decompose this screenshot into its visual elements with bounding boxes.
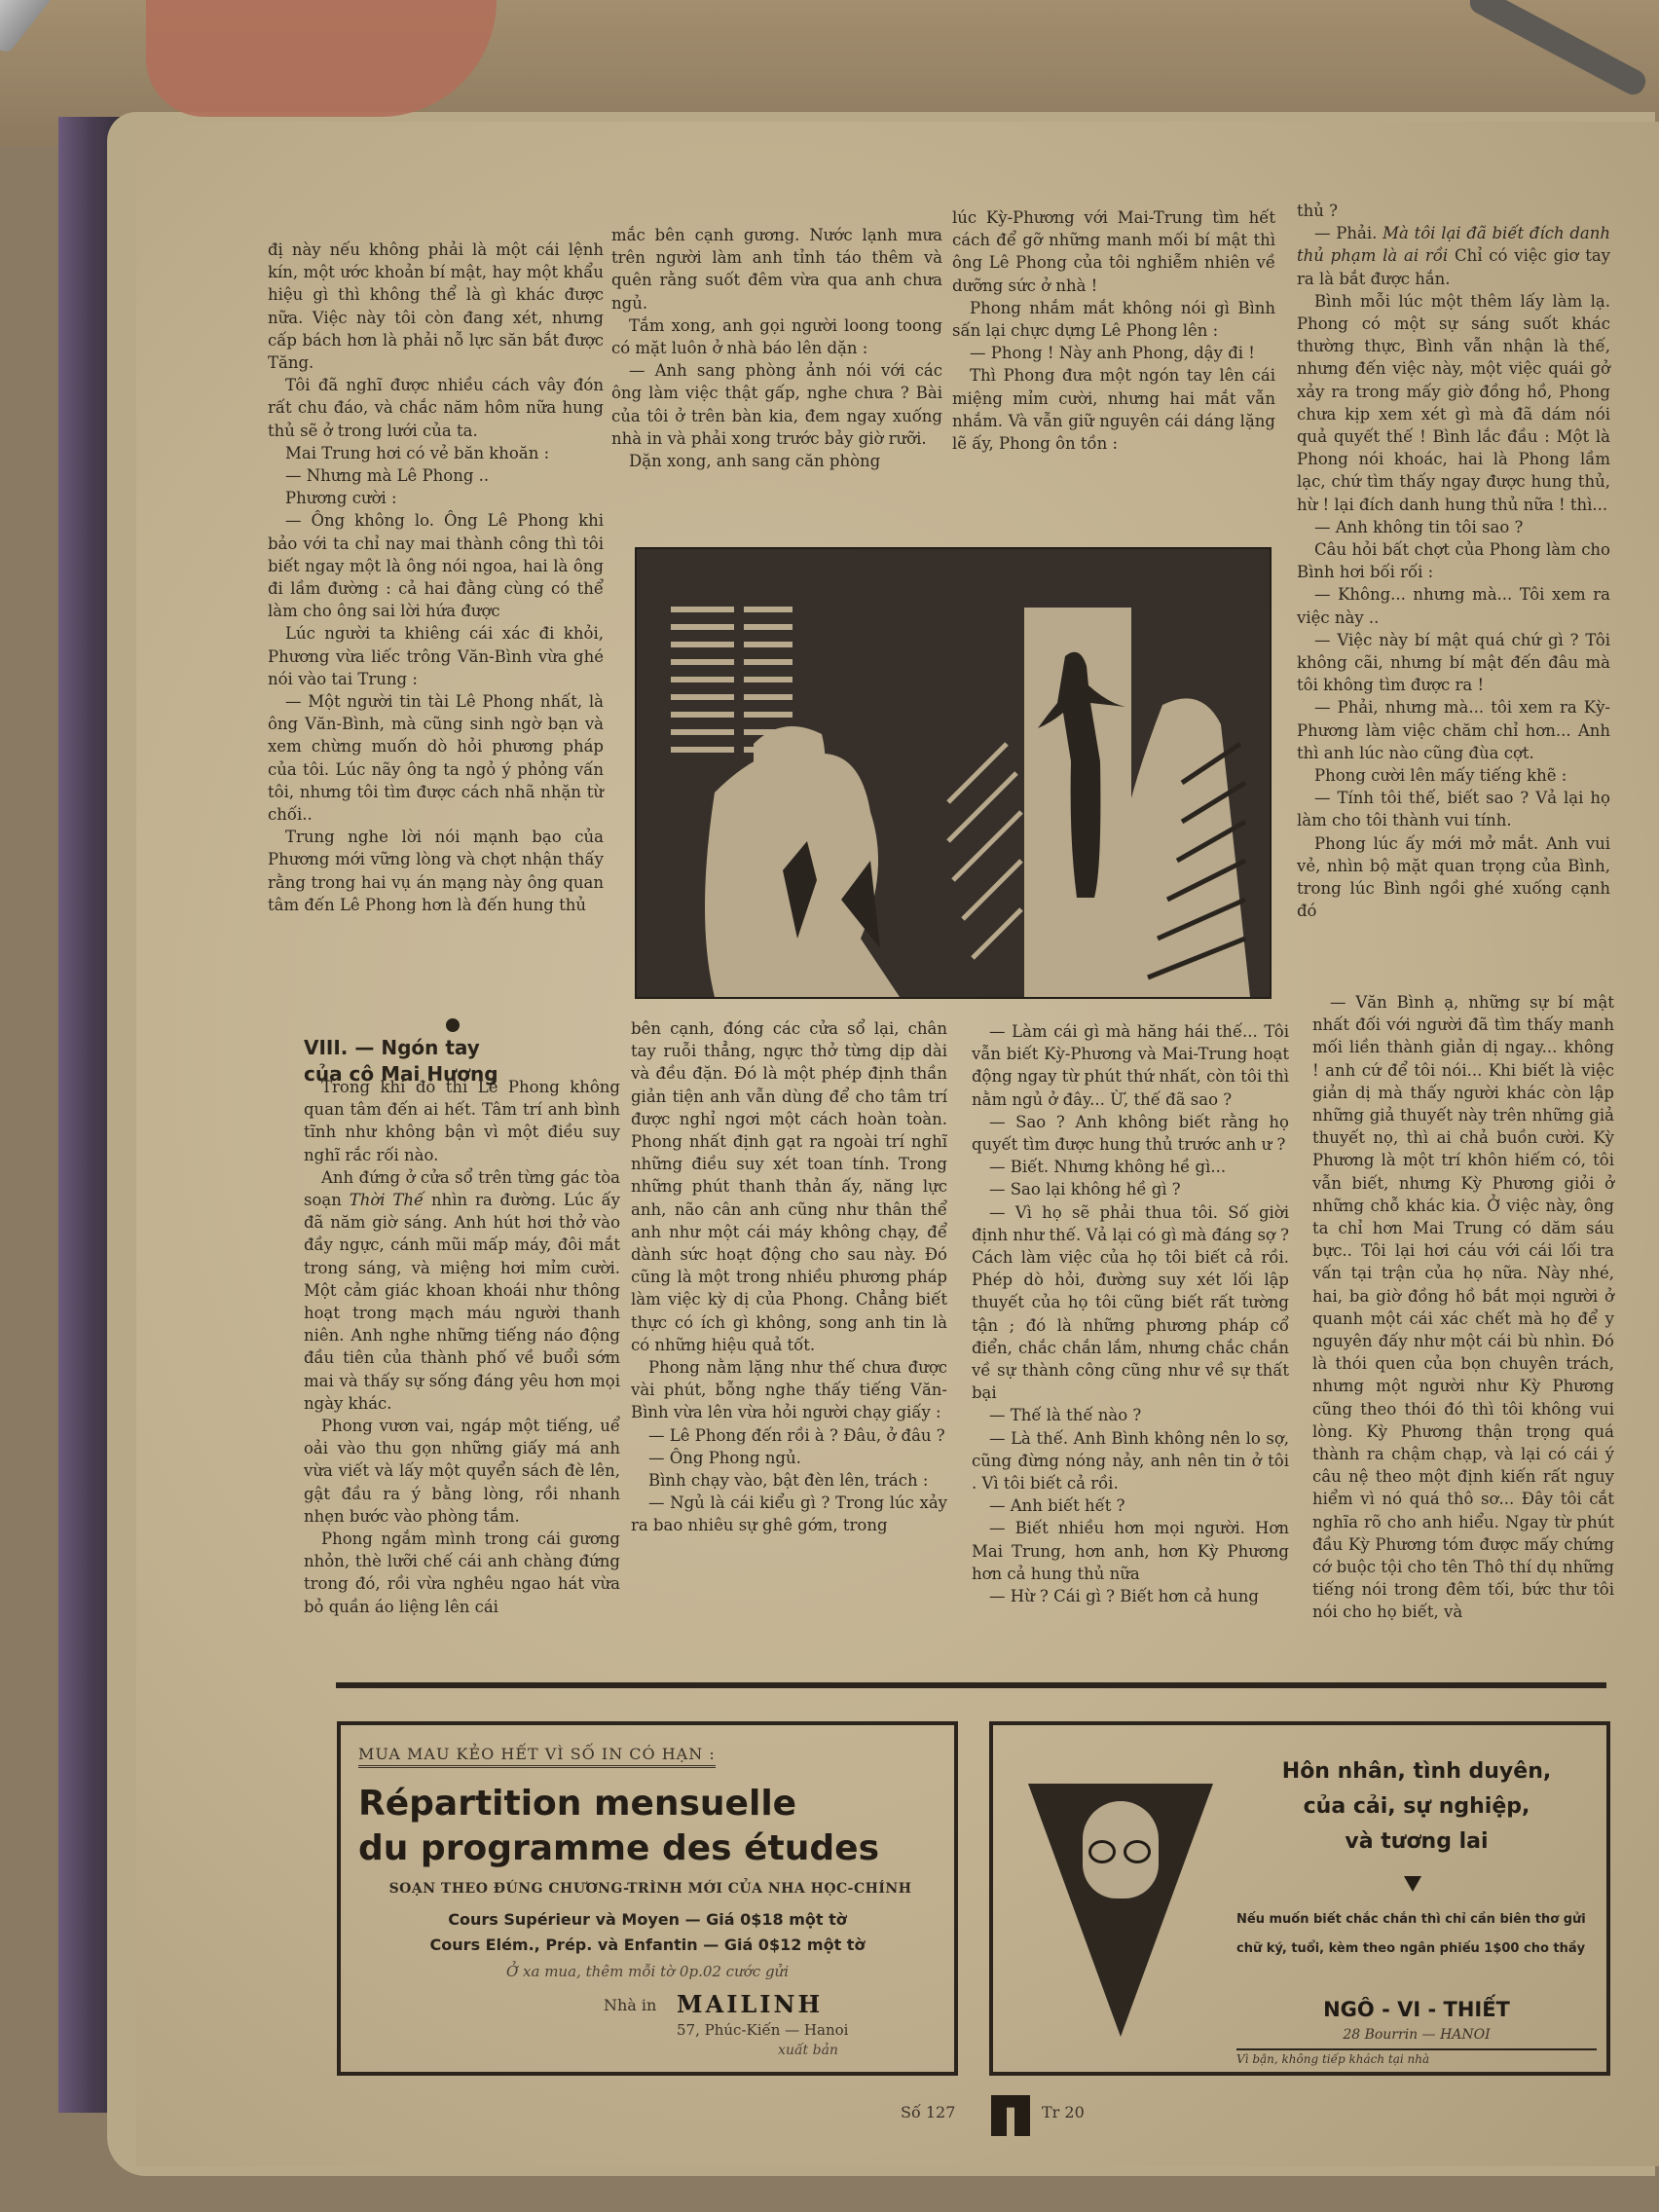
story-column-4-bottom: — Văn Bình ạ, những sự bí mật nhất đối v… (1312, 991, 1614, 1624)
ad-price-line-1: Cours Supérieur và Moyen — Giá 0$18 một … (350, 1910, 944, 1929)
paragraph: Lúc người ta khiêng cái xác đi khỏi, Phư… (268, 622, 604, 690)
paragraph: — Anh sang phòng ảnh nói với các ông làm… (611, 359, 942, 450)
section-divider (336, 1682, 1606, 1688)
advert-study-programme: MUA MAU KẺO HẾT VÌ SỐ IN CÓ HẠN : Répart… (337, 1721, 958, 2076)
paragraph: Phong cười lên mấy tiếng khẽ : (1297, 764, 1610, 787)
section-bullet-icon (446, 1018, 460, 1032)
ad-headline: Hôn nhân, tình duyên, của cải, sự nghiệp… (1236, 1754, 1597, 1860)
paragraph: Câu hỏi bất chợt của Phong làm cho Bình … (1297, 538, 1610, 583)
paragraph: Phong vươn vai, ngáp một tiếng, uể oải v… (304, 1415, 620, 1528)
ad-subtitle: SOẠN THEO ĐÚNG CHƯƠNG-TRÌNH MỚI CỦA NHA … (358, 1881, 942, 1897)
paragraph: Phong lúc ấy mới mở mắt. Anh vui vẻ, nhì… (1297, 832, 1610, 923)
paragraph: Tôi đã nghĩ được nhiều cách vây đón rất … (268, 374, 604, 442)
paragraph: Dặn xong, anh sang căn phòng (611, 450, 942, 472)
paragraph: thủ ? (1297, 200, 1610, 222)
paragraph: Mai Trung hơi có vẻ băn khoăn : (268, 442, 604, 464)
story-column-2-bottom: bên cạnh, đóng các cửa sổ lại, chân tay … (631, 1017, 947, 1537)
paragraph: — Ngủ là cái kiểu gì ? Trong lúc xảy ra … (631, 1492, 947, 1536)
ad-footnote: Vì bận, không tiếp khách tại nhà (1236, 2048, 1597, 2066)
paragraph: Anh đứng ở cửa sổ trên từng gác tòa soạn… (304, 1166, 620, 1415)
paragraph: Phong nằm lặng như thế chưa được vài phú… (631, 1356, 947, 1424)
paragraph: — Một người tin tài Lê Phong nhất, là ôn… (268, 690, 604, 826)
paragraph: — Ông Phong ngủ. (631, 1447, 947, 1469)
paragraph: — Làm cái gì mà hăng hái thế... Tôi vẫn … (972, 1020, 1289, 1111)
paragraph: lúc Kỳ-Phương với Mai-Trung tìm hết cách… (952, 206, 1275, 297)
paragraph: đị này nếu không phải là một cái lệnh kí… (268, 239, 604, 374)
paragraph: mắc bên cạnh gương. Nước lạnh mưa trên n… (611, 224, 942, 314)
glasses-left-icon (1088, 1840, 1116, 1863)
italic-emphasis: Thời Thế (350, 1191, 424, 1209)
paragraph: — Sao lại không hề gì ? (972, 1178, 1289, 1200)
italic-emphasis: Mà tôi lại đã biết đích danh thủ phạm là… (1297, 224, 1610, 265)
woodcut-scene-icon (637, 549, 1270, 997)
story-column-3-bottom: — Làm cái gì mà hăng hái thế... Tôi vẫn … (972, 1020, 1289, 1607)
ad-headline-line-1: Hôn nhân, tình duyên, (1236, 1754, 1597, 1789)
paragraph: — Phong ! Này anh Phong, dậy đi ! (952, 342, 1275, 364)
paragraph: — Văn Bình ạ, những sự bí mật nhất đối v… (1312, 991, 1614, 1624)
paragraph: — Ông không lo. Ông Lê Phong khi bảo với… (268, 509, 604, 622)
ad-title: Répartition mensuelle du programme des é… (358, 1782, 942, 1871)
paragraph: Phong nhắm mắt không nói gì Bình sấn lại… (952, 297, 1275, 342)
down-triangle-icon (1404, 1876, 1421, 1892)
paragraph: Bình chạy vào, bật đèn lên, trách : (631, 1469, 947, 1492)
paragraph: Trung nghe lời nói mạnh bạo của Phương m… (268, 826, 604, 916)
story-column-2-top: mắc bên cạnh gương. Nước lạnh mưa trên n… (611, 224, 942, 472)
paragraph: Phong ngắm mình trong cái gương nhỏn, th… (304, 1528, 620, 1618)
story-column-4-top: thủ ?— Phải. Mà tôi lại đã biết đích dan… (1297, 200, 1610, 923)
ad-title-line-1: Répartition mensuelle (358, 1782, 942, 1826)
story-column-1-bottom: Trong khi đó thì Lê Phong không quan tâm… (304, 1076, 620, 1618)
paragraph: Thì Phong đưa một ngón tay lên cái miệng… (952, 364, 1275, 455)
paragraph: — Phải. Mà tôi lại đã biết đích danh thủ… (1297, 222, 1610, 290)
paragraph: — Biết. Nhưng không hề gì... (972, 1156, 1289, 1178)
ad-price-line-2: Cours Elém., Prép. và Enfantin — Giá 0$1… (350, 1935, 944, 1954)
ad-address: 28 Bourrin — HANOI (1236, 2027, 1597, 2043)
ad-publisher-address: 57, Phúc-Kiến — Hanoi (677, 2021, 848, 2039)
paragraph: — Phải, nhưng mà... tôi xem ra Kỳ-Phương… (1297, 696, 1610, 764)
paragraph: — Lê Phong đến rồi à ? Đâu, ở đâu ? (631, 1424, 947, 1447)
ad-body: Nếu muốn biết chắc chắn thì chỉ cần biên… (1236, 1905, 1597, 1964)
paragraph: Tắm xong, anh gọi người loong toong có m… (611, 314, 942, 359)
paragraph: Bình mỗi lúc một thêm lấy làm lạ. Phong … (1297, 290, 1610, 516)
paragraph: — Anh không tin tôi sao ? (1297, 516, 1610, 538)
ad-postage-note: Ở xa mua, thêm mỗi tờ 0p.02 cước gửi (350, 1963, 944, 1980)
glasses-right-icon (1124, 1840, 1151, 1863)
chapter-title-line-1: VIII. — Ngón tay (304, 1035, 615, 1061)
paragraph: — Biết nhiều hơn mọi người. Hơn Mai Trun… (972, 1517, 1289, 1585)
issue-number: Số 127 (901, 2103, 955, 2121)
ad-kicker: MUA MAU KẺO HẾT VÌ SỐ IN CÓ HẠN : (358, 1745, 716, 1768)
paragraph: — Hừ ? Cái gì ? Biết hơn cả hung (972, 1585, 1289, 1607)
paragraph: — Thế là thế nào ? (972, 1404, 1289, 1426)
page-number: Tr 20 (1042, 2103, 1085, 2121)
paragraph: — Nhưng mà Lê Phong .. (268, 464, 604, 487)
paragraph: — Là thế. Anh Bình không nên lo sợ, cũng… (972, 1427, 1289, 1495)
ad-publisher-brand: MAILINH (677, 1990, 823, 2018)
advert-fortune-teller: Hôn nhân, tình duyên, của cải, sự nghiệp… (989, 1721, 1610, 2076)
paragraph: Phương cười : (268, 487, 604, 509)
paragraph: — Vì họ sẽ phải thua tôi. Số giời định n… (972, 1201, 1289, 1405)
paragraph: — Không... nhưng mà... Tôi xem ra việc n… (1297, 583, 1610, 628)
ad-publisher-prefix: Nhà in (604, 1996, 656, 2014)
paragraph: — Sao ? Anh không biết rằng họ quyết tìm… (972, 1111, 1289, 1156)
ad-publish-label: xuất bản (677, 2043, 940, 2058)
paragraph: Trong khi đó thì Lê Phong không quan tâm… (304, 1076, 620, 1166)
paragraph: — Anh biết hết ? (972, 1494, 1289, 1517)
paragraph: bên cạnh, đóng các cửa sổ lại, chân tay … (631, 1017, 947, 1356)
ad-title-line-2: du programme des études (358, 1826, 942, 1871)
story-column-1-top: đị này nếu không phải là một cái lệnh kí… (268, 239, 604, 916)
ad-headline-line-2: của cải, sự nghiệp, (1236, 1789, 1597, 1825)
paragraph: — Tính tôi thế, biết sao ? Vả lại họ làm… (1297, 787, 1610, 831)
woodcut-illustration (635, 547, 1272, 999)
paragraph: — Việc này bí mật quá chứ gì ? Tôi không… (1297, 629, 1610, 697)
ad-headline-line-3: và tương lai (1236, 1825, 1597, 1860)
ad-name: NGÔ - VI - THIẾT (1236, 1998, 1597, 2021)
story-column-3-top: lúc Kỳ-Phương với Mai-Trung tìm hết cách… (952, 206, 1275, 455)
